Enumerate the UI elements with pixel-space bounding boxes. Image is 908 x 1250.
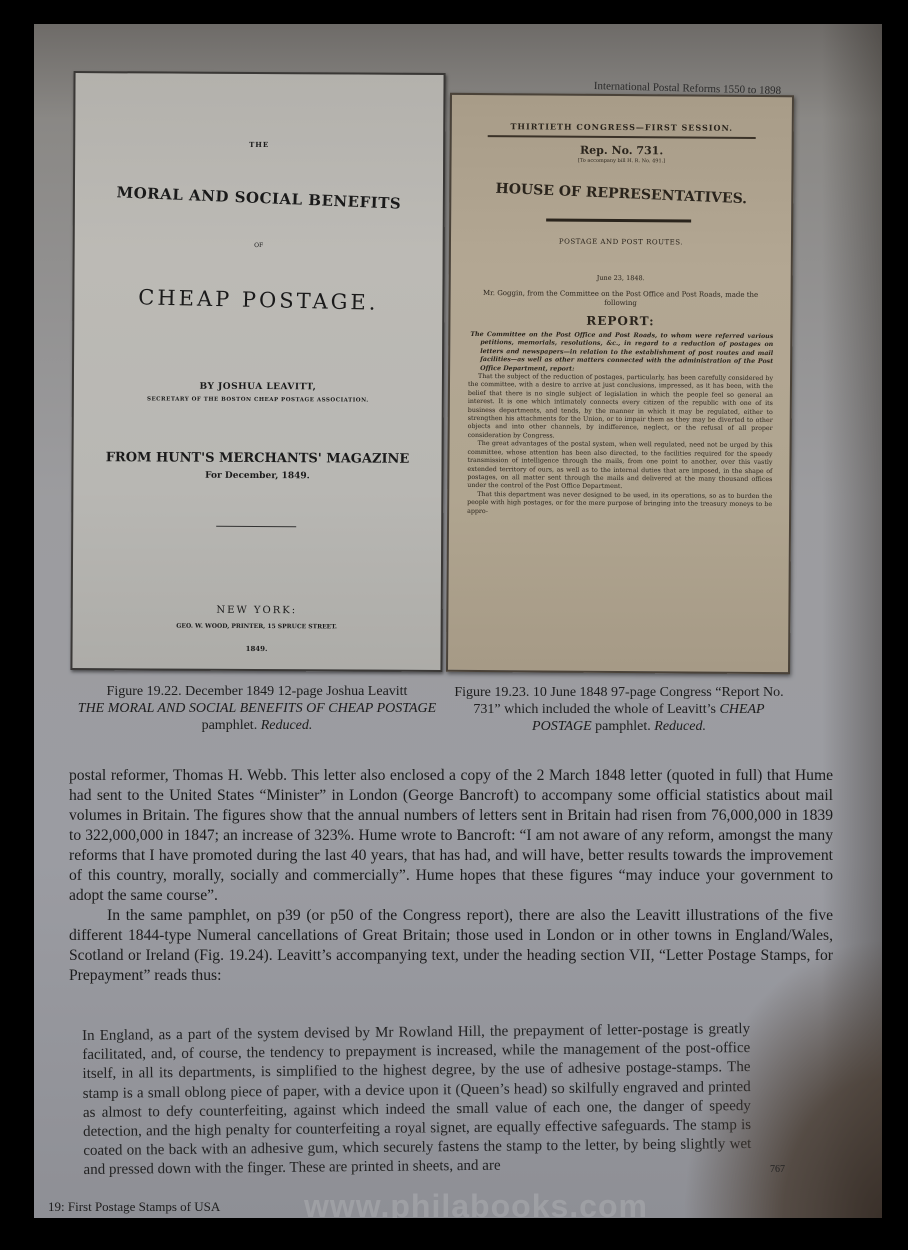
- pamphlet-city: NEW YORK:: [73, 604, 441, 617]
- caption-title: THE MORAL AND SOCIAL BENEFITS OF CHEAP P…: [78, 701, 436, 716]
- page-shadow-corner: [682, 938, 882, 1218]
- pamphlet-divider: [216, 526, 296, 527]
- pamphlet-of: OF: [75, 241, 443, 250]
- chapter-footer: 19: First Postage Stamps of USA: [48, 1199, 220, 1215]
- report-date: June 23, 1848.: [451, 273, 791, 283]
- pamphlet-author-role: SECRETARY OF THE BOSTON CHEAP POSTAGE AS…: [74, 396, 442, 404]
- pamphlet-author: BY JOSHUA LEAVITT,: [74, 381, 442, 393]
- pamphlet-the: THE: [75, 139, 443, 150]
- pamphlet-title-line2: CHEAP POSTAGE.: [74, 284, 442, 316]
- report-house: HOUSE OF REPRESENTATIVES.: [451, 179, 791, 209]
- report-subject: POSTAGE AND POST ROUTES.: [451, 237, 791, 247]
- figure-19-22-caption: Figure 19.22. December 1849 12-page Josh…: [74, 683, 440, 734]
- caption-reduced: Reduced.: [654, 719, 706, 734]
- report-body: The Committee on the Post Office and Pos…: [467, 331, 773, 518]
- pamphlet-source-date: For December, 1849.: [73, 470, 441, 482]
- report-session: THIRTIETH CONGRESS—FIRST SESSION.: [452, 121, 792, 133]
- page-number: 767: [770, 1164, 785, 1175]
- report-para-1: That the subject of the reduction of pos…: [468, 373, 773, 442]
- pamphlet-source: FROM HUNT'S MERCHANTS' MAGAZINE: [74, 450, 442, 467]
- block-quote: In England, as a part of the system devi…: [82, 1020, 752, 1181]
- report-para-3: That this department was never designed …: [467, 491, 772, 518]
- report-intro: The Committee on the Post Office and Pos…: [468, 331, 773, 375]
- figure-leavitt-pamphlet: THE MORAL AND SOCIAL BENEFITS OF CHEAP P…: [70, 71, 445, 672]
- report-rule-thick: [546, 218, 691, 222]
- caption-text: pamphlet.: [202, 718, 261, 733]
- caption-text: pamphlet.: [592, 719, 655, 734]
- report-rule: [488, 135, 756, 139]
- report-presenter: Mr. Goggin, from the Committee on the Po…: [471, 289, 771, 309]
- report-heading: REPORT:: [450, 313, 790, 329]
- figure-congress-report: THIRTIETH CONGRESS—FIRST SESSION. Rep. N…: [446, 93, 794, 674]
- report-para-2: The great advantages of the postal syste…: [467, 440, 772, 493]
- report-accompany: [To accompany bill H. R. No. 491.]: [452, 157, 792, 165]
- report-number: Rep. No. 731.: [452, 143, 792, 158]
- watermark: www.philabooks.com: [304, 1188, 648, 1218]
- pamphlet-title-line1: MORAL AND SOCIAL BENEFITS: [75, 182, 443, 215]
- book-page: International Postal Reforms 1550 to 189…: [34, 24, 882, 1218]
- pamphlet-printer: GEO. W. WOOD, PRINTER, 15 SPRUCE STREET.: [73, 622, 441, 631]
- pamphlet-year: 1849.: [73, 643, 441, 654]
- caption-reduced: Reduced.: [261, 718, 313, 733]
- body-paragraph-1: postal reformer, Thomas H. Webb. This le…: [69, 766, 833, 906]
- figure-19-23-caption: Figure 19.23. 10 June 1848 97-page Congr…: [448, 684, 790, 735]
- caption-text: Figure 19.22. December 1849 12-page Josh…: [107, 684, 408, 699]
